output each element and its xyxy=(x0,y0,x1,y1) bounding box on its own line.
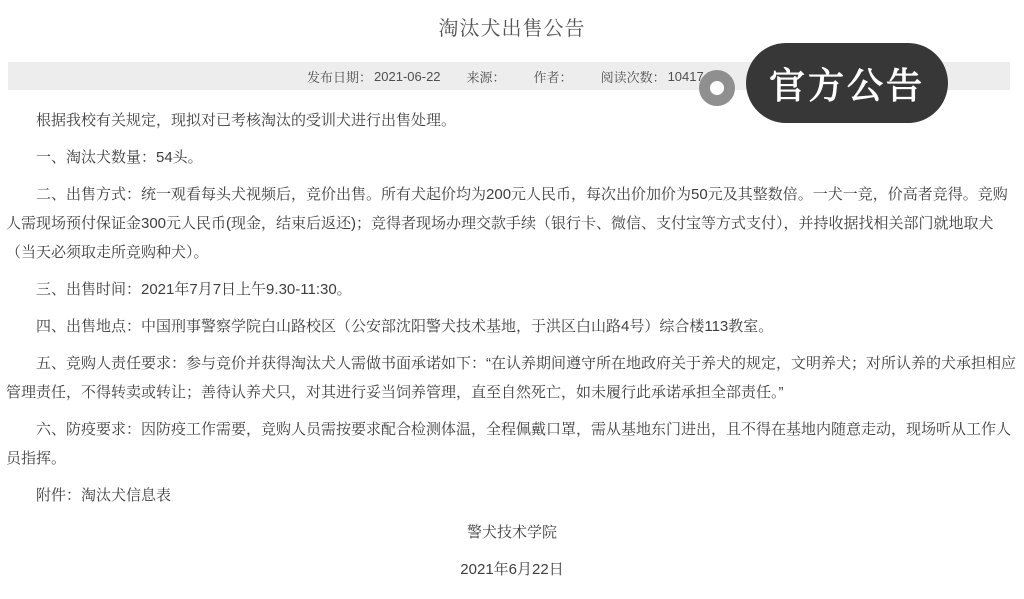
paragraph: 五、竞购人责任要求：参与竞价并获得淘汰犬人需做书面承诺如下：“在认养期间遵守所在… xyxy=(6,349,1016,407)
author-label: 作者： xyxy=(534,67,573,86)
signature-date: 2021年6月22日 xyxy=(0,555,1024,584)
author-field: 作者： xyxy=(534,67,575,86)
record-dot-icon xyxy=(699,70,735,106)
paragraph: 四、出售地点：中国刑事警察学院白山路校区（公安部沈阳警犬技术基地，于洪区白山路4… xyxy=(6,312,1016,341)
views-label: 阅读次数： xyxy=(601,67,666,86)
official-announcement-badge: 官方公告 xyxy=(746,43,948,123)
source-field: 来源： xyxy=(467,67,508,86)
paragraph: 一、淘汰犬数量：54头。 xyxy=(6,143,1016,172)
page-title: 淘汰犬出售公告 xyxy=(0,14,1024,44)
announcement-body: 根据我校有关规定，现拟对已考核淘汰的受训犬进行出售处理。一、淘汰犬数量：54头。… xyxy=(6,106,1016,510)
paragraph: 二、出售方式：统一观看每头犬视频后，竞价出售。所有犬起价均为200元人民币，每次… xyxy=(6,180,1016,267)
publish-date-value: 2021-06-22 xyxy=(374,69,441,84)
official-announcement-badge-label: 官方公告 xyxy=(769,58,925,109)
signature: 警犬技术学院 xyxy=(0,518,1024,547)
views-field: 阅读次数： 104174 xyxy=(601,67,711,86)
paragraph: 附件：淘汰犬信息表 xyxy=(6,481,1016,510)
paragraph: 三、出售时间：2021年7月7日上午9.30-11:30。 xyxy=(6,275,1016,304)
paragraph: 六、防疫要求：因防疫工作需要，竞购人员需按要求配合检测体温，全程佩戴口罩，需从基… xyxy=(6,415,1016,473)
publish-date-field: 发布日期： 2021-06-22 xyxy=(307,67,441,86)
source-label: 来源： xyxy=(467,67,506,86)
publish-date-label: 发布日期： xyxy=(307,67,372,86)
announcement-page: 淘汰犬出售公告 发布日期： 2021-06-22 来源： 作者： 阅读次数： 1… xyxy=(0,0,1024,599)
